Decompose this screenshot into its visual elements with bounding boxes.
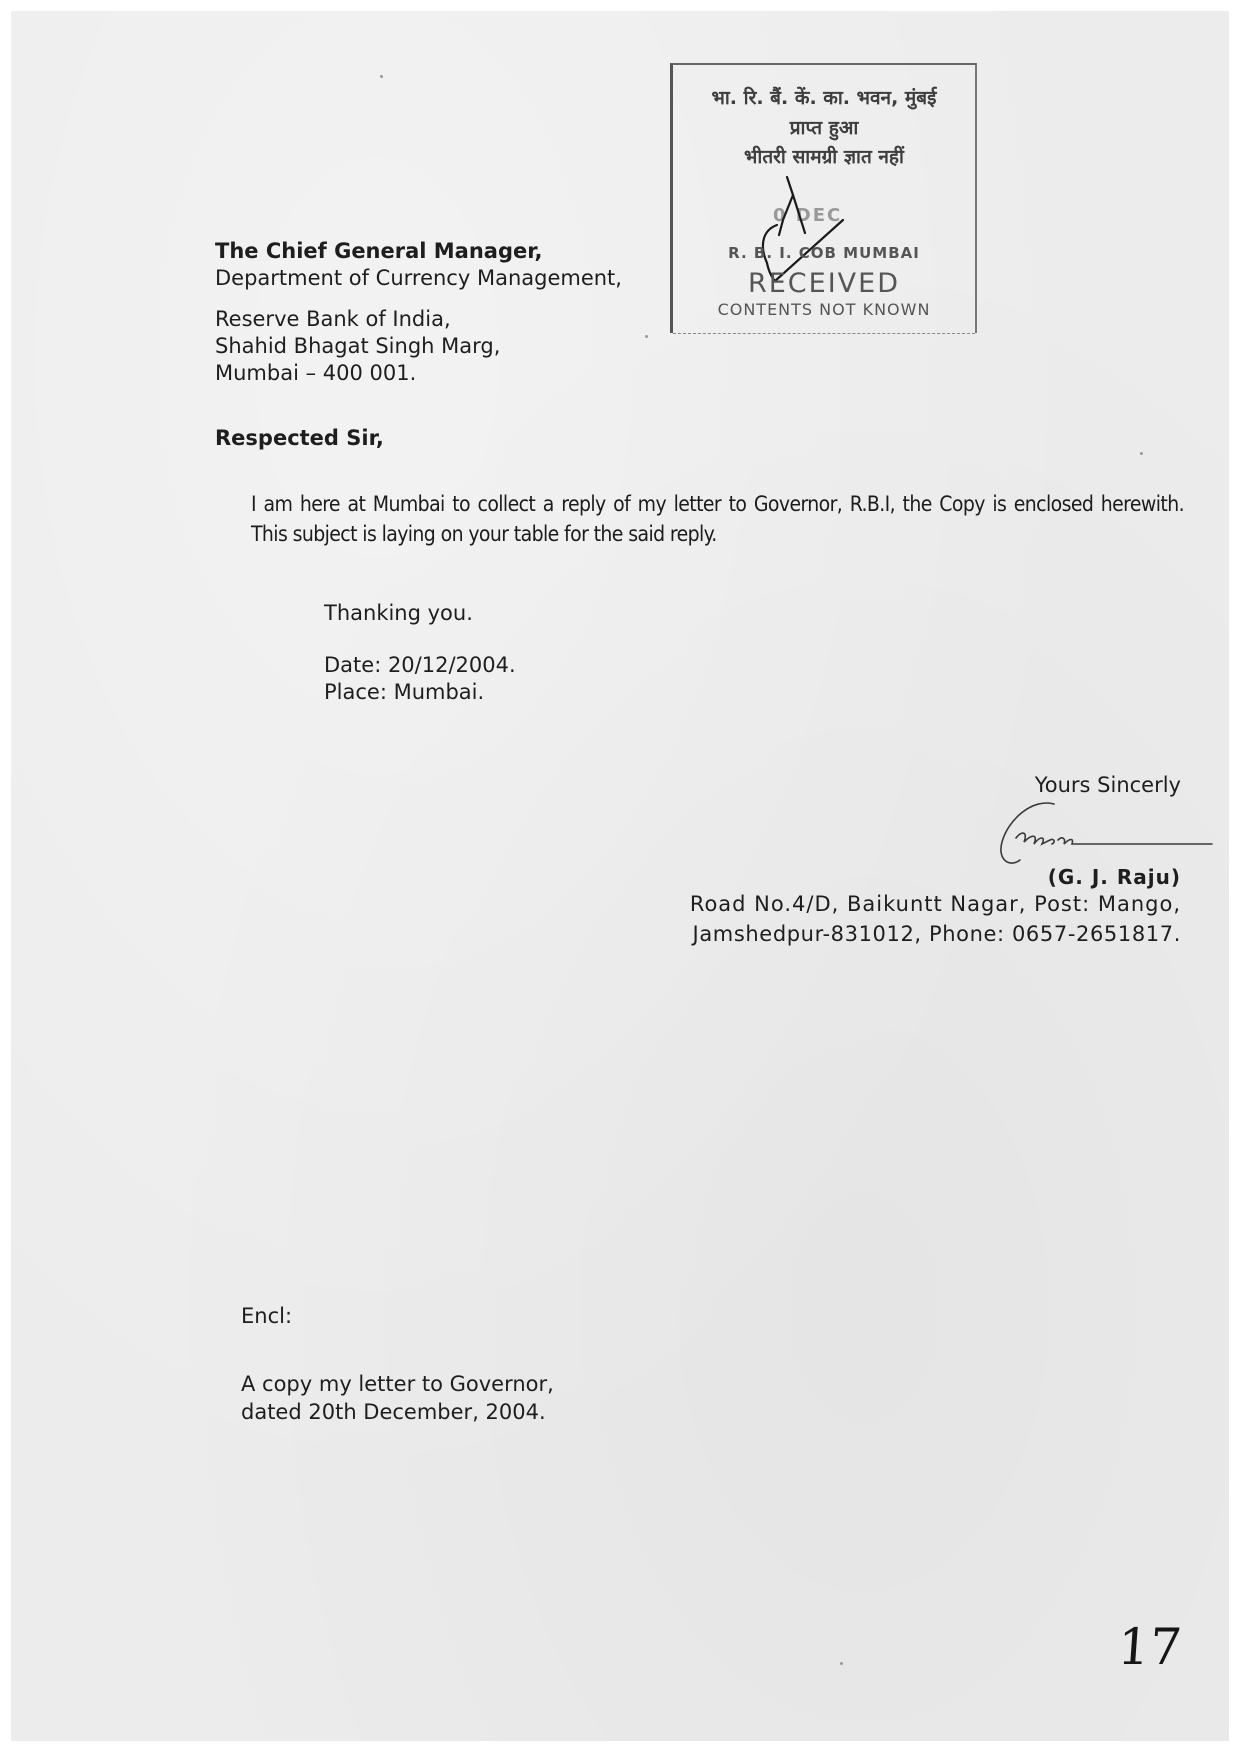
addressee-bank: Reserve Bank of India,: [215, 306, 451, 333]
stamp-office: R. B. I. COB MUMBAI: [673, 244, 975, 262]
closing: Yours Sincerly: [1035, 772, 1181, 799]
addressee-department: Department of Currency Management,: [215, 265, 622, 292]
signature-icon: [992, 798, 1217, 870]
letter-place: Place: Mumbai.: [324, 679, 484, 706]
paper-speck: [1140, 452, 1143, 455]
sender-address-line1: Road No.4/D, Baikuntt Nagar, Post: Mango…: [690, 891, 1181, 918]
letter-date: Date: 20/12/2004.: [324, 652, 516, 679]
received-stamp: भा. रि. बैं. कें. का. भवन, मुंबई प्राप्त…: [670, 63, 977, 333]
stamp-hindi-contents: भीतरी सामग्री ज्ञात नहीं: [673, 142, 975, 172]
enclosure-label: Encl:: [241, 1303, 292, 1330]
sender-address-line2: Jamshedpur-831012, Phone: 0657-2651817.: [693, 921, 1181, 948]
addressee-title: The Chief General Manager,: [215, 238, 543, 265]
sender-name: (G. J. Raju): [1048, 864, 1181, 891]
addressee-street: Shahid Bhagat Singh Marg,: [215, 333, 500, 360]
enclosure-line1: A copy my letter to Governor,: [241, 1371, 554, 1398]
paper-speck: [840, 1662, 843, 1665]
addressee-city: Mumbai – 400 001.: [215, 360, 416, 387]
paper-speck: [645, 335, 648, 338]
stamp-hindi-office: भा. रि. बैं. कें. का. भवन, मुंबई: [673, 83, 975, 113]
salutation: Respected Sir,: [215, 425, 384, 452]
stamp-hindi-received: प्राप्त हुआ: [673, 113, 975, 143]
enclosure-line2: dated 20th December, 2004.: [241, 1399, 546, 1426]
page-number: 17: [1116, 1618, 1184, 1676]
stamp-border: [673, 333, 975, 334]
stamp-received: RECEIVED: [673, 268, 975, 299]
stamp-contents: CONTENTS NOT KNOWN: [673, 300, 975, 319]
paper-speck: [380, 75, 383, 78]
thanks-line: Thanking you.: [324, 600, 473, 627]
letter-body: I am here at Mumbai to collect a reply o…: [251, 489, 1184, 549]
